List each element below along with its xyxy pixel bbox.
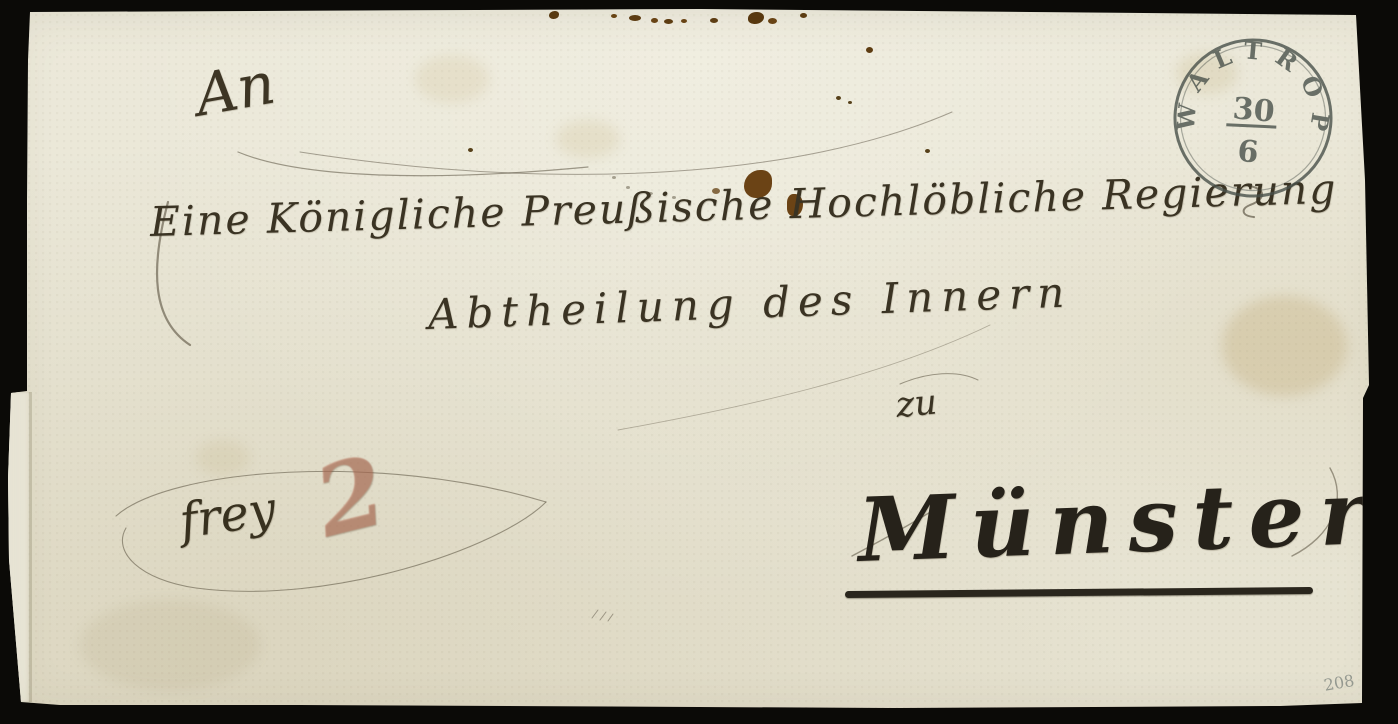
address-salutation: An — [190, 49, 280, 130]
ink-stain — [866, 47, 873, 53]
crayon-rate-mark: 2 — [304, 434, 396, 560]
address-line-zu: zu — [894, 383, 938, 426]
ink-stain — [768, 18, 777, 24]
foxing-stain — [80, 600, 260, 690]
flourish-stroke — [900, 374, 978, 384]
destination-name: Münster — [856, 460, 1382, 582]
flourish-stroke — [238, 152, 588, 176]
corner-pencil-number: 208 — [1322, 671, 1355, 695]
scan-backdrop: An Eine Königliche Preußische Hochlöblic… — [0, 0, 1398, 724]
foxing-stain — [556, 120, 620, 158]
ink-stain — [664, 19, 673, 24]
pencil-tick-marks — [592, 610, 613, 621]
ink-stain — [710, 18, 718, 23]
ink-stain — [836, 96, 841, 100]
foxing-stain — [196, 440, 250, 476]
ink-stain — [612, 176, 616, 179]
foxing-stain — [415, 55, 489, 103]
ink-stain — [681, 19, 687, 23]
address-line-recipient: Eine Königliche Preußische Hochlöbliche … — [149, 165, 1338, 246]
letter-cover-front: An Eine Königliche Preußische Hochlöblic… — [0, 0, 1398, 724]
ink-stain — [651, 18, 658, 23]
franking-note: frey — [176, 481, 279, 550]
destination-underline — [845, 587, 1313, 598]
ink-stain — [925, 149, 930, 153]
postmark-month: 6 — [1236, 134, 1260, 171]
fold-crease — [29, 392, 32, 702]
ink-stain — [468, 148, 473, 152]
postmark-circle-group: WALTROP 30 6 — [1167, 32, 1339, 203]
ink-stain — [748, 12, 764, 24]
address-line-department: Abtheilung des Innern — [427, 268, 1073, 339]
ink-stain — [800, 13, 807, 18]
ink-stain — [848, 101, 852, 104]
flourish-stroke — [300, 112, 952, 174]
postmark-stamp: WALTROP 30 6 — [1167, 32, 1339, 204]
ink-stain — [549, 11, 559, 19]
foxing-stain — [1222, 296, 1347, 396]
ink-stain — [629, 15, 641, 21]
ink-stain — [611, 14, 617, 18]
